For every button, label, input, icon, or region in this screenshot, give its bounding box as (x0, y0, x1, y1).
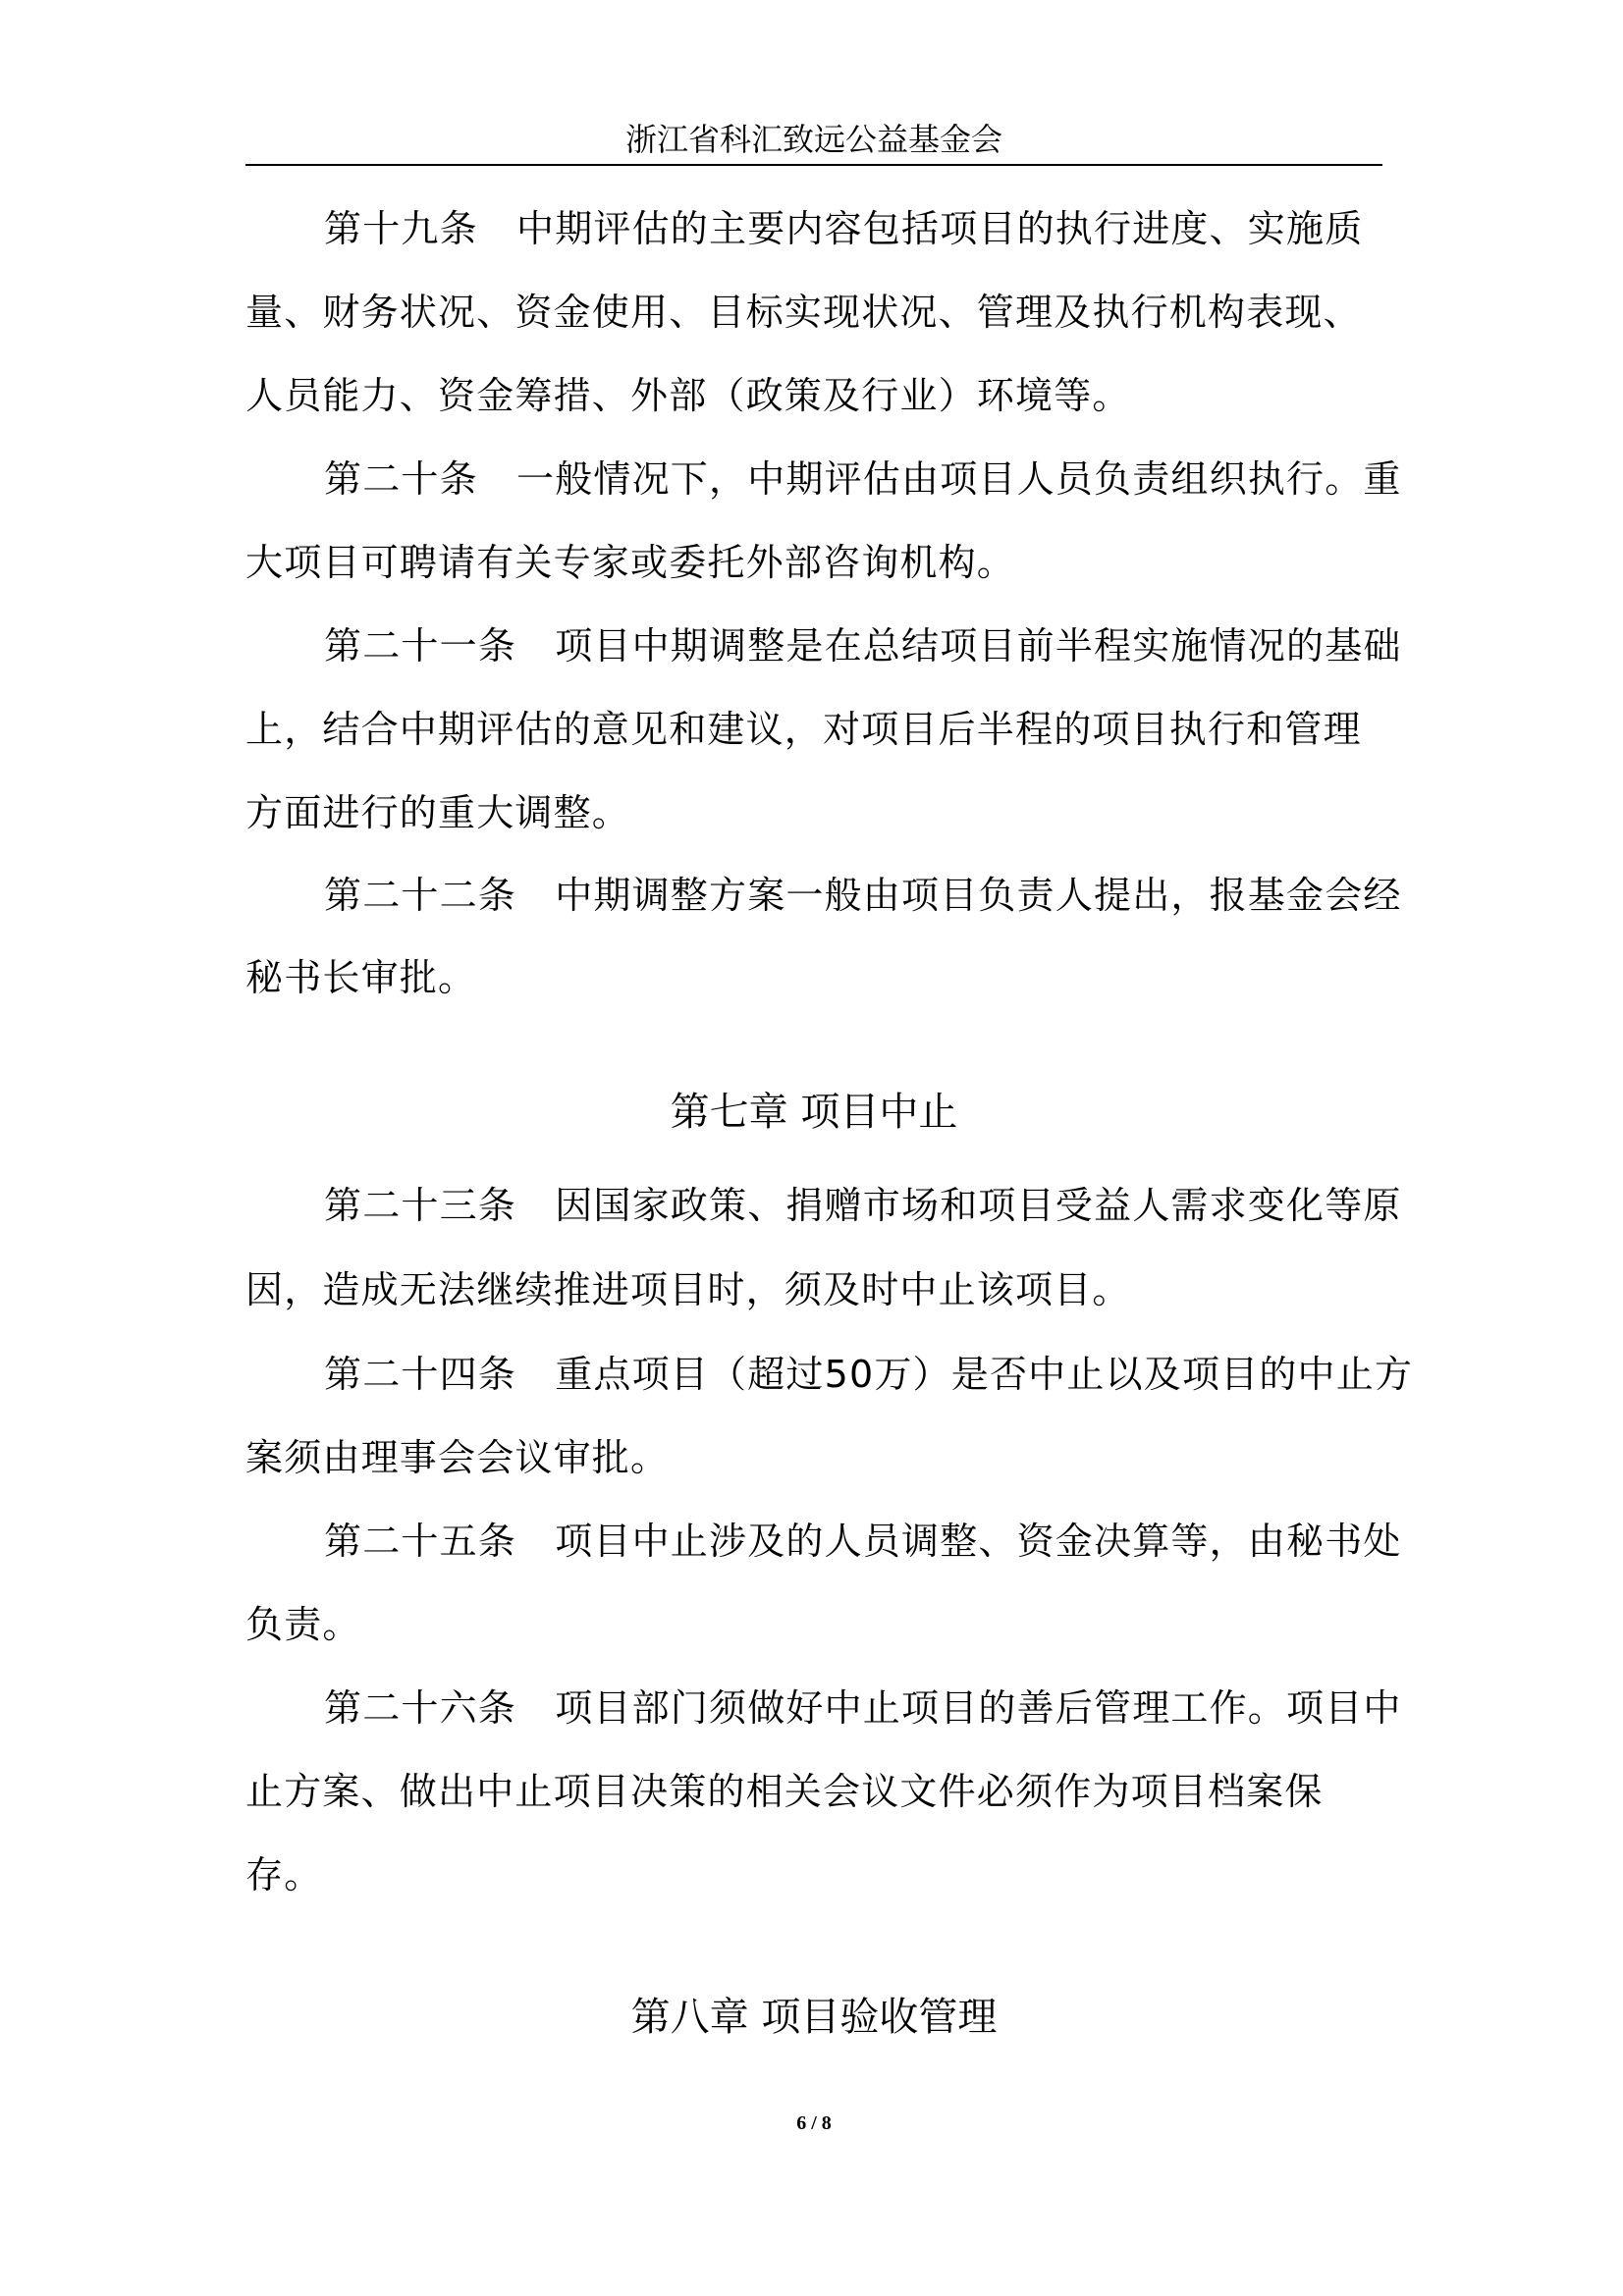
article-21-line-2: 上，结合中期评估的意见和建议，对项目后半程的项目执行和管理 (245, 706, 1384, 753)
article-19-line-3: 人员能力、资金筹措、外部（政策及行业）环境等。 (245, 372, 1384, 419)
header-divider (245, 164, 1382, 166)
page-number: 6 / 8 (245, 2110, 1382, 2136)
article-22-line-2: 秘书长审批。 (245, 954, 1384, 1001)
article-22-line-1: 第二十二条 中期调整方案一般由项目负责人提出，报基金会经 (324, 872, 1463, 919)
chapter-8-heading: 第八章 项目验收管理 (245, 1993, 1382, 2042)
article-23-line-1: 第二十三条 因国家政策、捐赠市场和项目受益人需求变化等原 (324, 1182, 1463, 1229)
header-organization-name: 浙江省科汇致远公益基金会 (245, 120, 1382, 159)
article-21-line-3: 方面进行的重大调整。 (245, 789, 1384, 836)
article-26-line-1: 第二十六条 项目部门须做好中止项目的善后管理工作。项目中 (324, 1684, 1463, 1732)
document-page: 浙江省科汇致远公益基金会 第十九条 中期评估的主要内容包括项目的执行进度、实施质… (0, 0, 1623, 2296)
article-26-line-2: 止方案、做出中止项目决策的相关会议文件必须作为项目档案保 (245, 1768, 1384, 1815)
chapter-7-heading: 第七章 项目中止 (245, 1088, 1382, 1137)
article-21-line-1: 第二十一条 项目中期调整是在总结项目前半程实施情况的基础 (324, 622, 1463, 669)
article-26-line-3: 存。 (245, 1851, 1384, 1898)
article-20-line-2: 大项目可聘请有关专家或委托外部咨询机构。 (245, 539, 1384, 586)
article-24-line-2: 案须由理事会会议审批。 (245, 1434, 1384, 1481)
article-24-line-1: 第二十四条 重点项目（超过50万）是否中止以及项目的中止方 (324, 1351, 1463, 1398)
article-19-line-2: 量、财务状况、资金使用、目标实现状况、管理及执行机构表现、 (245, 289, 1384, 336)
article-23-line-2: 因，造成无法继续推进项目时，须及时中止该项目。 (245, 1266, 1384, 1313)
article-25-line-2: 负责。 (245, 1601, 1384, 1648)
article-25-line-1: 第二十五条 项目中止涉及的人员调整、资金决算等，由秘书处 (324, 1518, 1463, 1565)
article-19-line-1: 第十九条 中期评估的主要内容包括项目的执行进度、实施质 (324, 205, 1463, 252)
article-20-line-1: 第二十条 一般情况下，中期评估由项目人员负责组织执行。重 (324, 455, 1463, 503)
